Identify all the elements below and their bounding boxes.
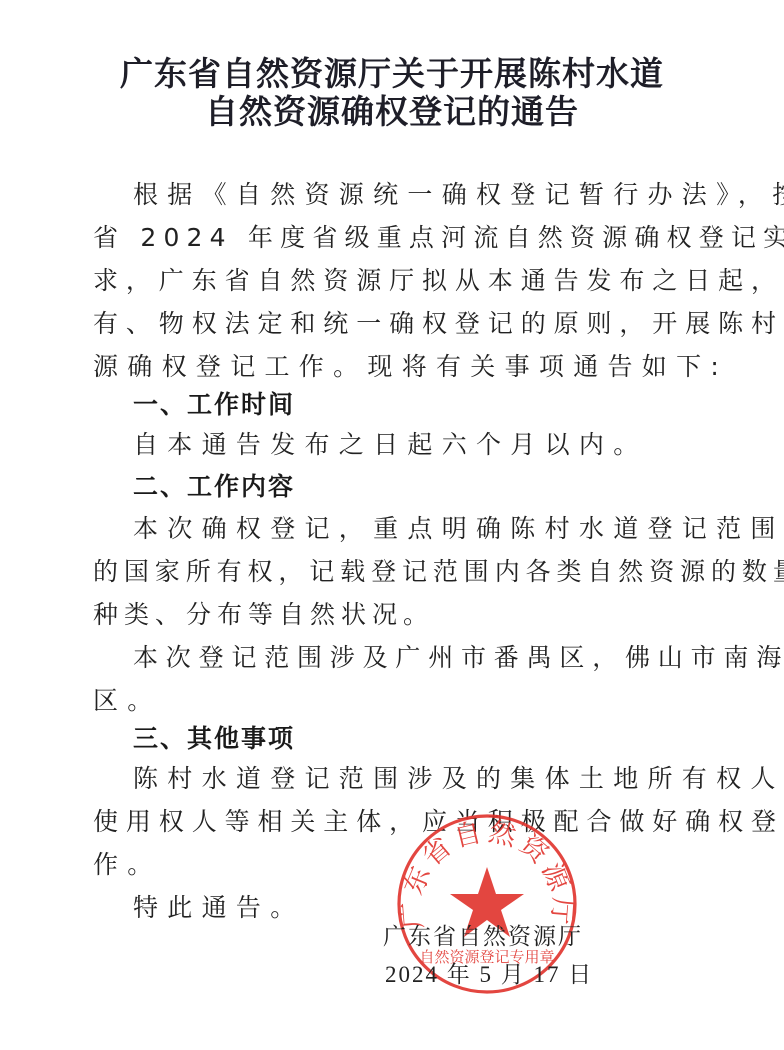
section-3-line-1: 陈村水道登记范围涉及的集体土地所有权人、国有土地 <box>133 762 784 796</box>
section-2-line-5: 区。 <box>93 684 162 718</box>
document-title-line1: 广东省自然资源厅关于开展陈村水道 <box>0 55 784 93</box>
section-2-line-2: 的国家所有权，记载登记范围内各类自然资源的数量、质量、 <box>93 555 784 589</box>
section-heading-other-matters: 三、其他事项 <box>133 722 295 756</box>
section-3-line-3: 作。 <box>93 848 162 882</box>
intro-line-3: 求，广东省自然资源厅拟从本通告发布之日起，按照资源公 <box>93 264 784 298</box>
section-heading-work-time: 一、工作时间 <box>133 388 295 422</box>
section-2-line-4: 本次登记范围涉及广州市番禺区，佛山市南海区、顺德 <box>133 641 784 675</box>
section-2-line-1: 本次确权登记，重点明确陈村水道登记范围内自然资源 <box>133 512 784 546</box>
issuer-signature: 广东省自然资源厅 <box>383 922 583 952</box>
document-page: 广东省自然资源厅关于开展陈村水道 自然资源确权登记的通告 根据《自然资源统一确权… <box>0 0 784 1050</box>
section-1-line-1: 自本通告发布之日起六个月以内。 <box>133 428 648 462</box>
intro-line-1: 根据《自然资源统一确权登记暂行办法》，按照《广东 <box>133 178 784 212</box>
document-title-line2: 自然资源确权登记的通告 <box>0 93 784 131</box>
section-2-line-3: 种类、分布等自然状况。 <box>93 598 434 632</box>
intro-line-4: 有、物权法定和统一确权登记的原则，开展陈村水道自然资 <box>93 307 784 341</box>
intro-line-5: 源确权登记工作。现将有关事项通告如下: <box>93 350 728 384</box>
intro-line-2: 省 2024 年度省级重点河流自然资源确权登记实施方案》要 <box>93 221 784 255</box>
issue-date: 2024 年 5 月 17 日 <box>385 960 593 990</box>
closing-text: 特此通告。 <box>133 891 305 925</box>
section-heading-work-content: 二、工作内容 <box>133 470 295 504</box>
